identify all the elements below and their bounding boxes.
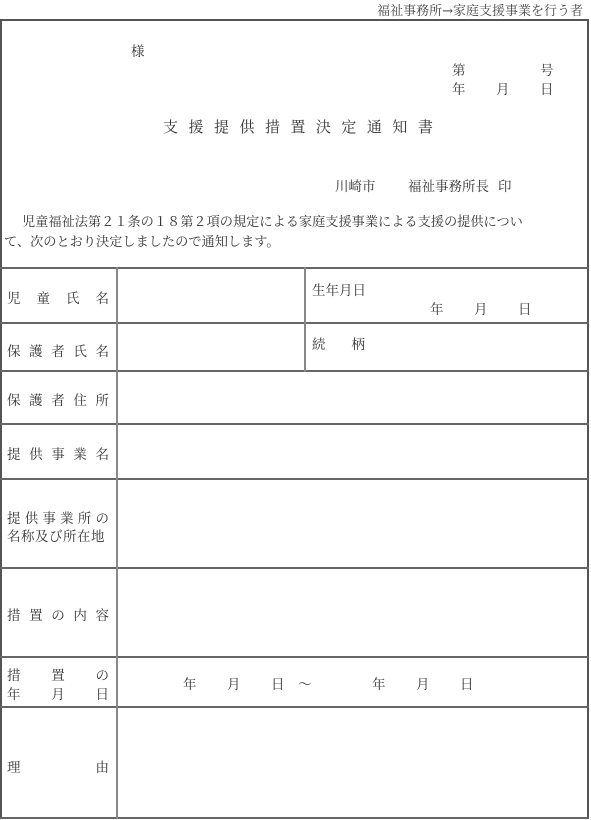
label-char: 由 <box>96 756 110 776</box>
issue-date-month: 月 <box>496 78 510 98</box>
child-name-field[interactable] <box>119 269 303 322</box>
label-char: 措 <box>7 664 21 684</box>
title-char: 知 <box>392 116 407 137</box>
label-char: 続 <box>312 337 326 353</box>
label-char: 護 <box>29 340 43 360</box>
column-divider <box>304 267 306 372</box>
period-to-day: 日 <box>460 673 474 693</box>
measure-content-field[interactable] <box>119 569 589 656</box>
addressee-suffix: 様 <box>131 40 145 60</box>
label-char: 供 <box>25 507 39 527</box>
guardian-name-label: 保 護 者 氏 名 <box>7 340 109 360</box>
title-char: 援 <box>188 116 203 137</box>
label-char: 住 <box>73 389 87 409</box>
title-char: 支 <box>163 116 178 137</box>
birth-date-month: 月 <box>474 298 488 318</box>
label-char: 者 <box>51 340 65 360</box>
column-divider <box>116 267 118 819</box>
label-char: 提 <box>7 507 21 527</box>
label-char: 業 <box>73 443 87 463</box>
title-char: 書 <box>418 116 433 137</box>
provider-business-field[interactable] <box>119 425 589 478</box>
label-char: 業 <box>60 507 74 527</box>
label-char: 所 <box>96 389 110 409</box>
period-from-day: 日 <box>271 673 285 693</box>
label-char: 氏 <box>66 287 80 307</box>
doc-number-suffix: 号 <box>540 59 554 79</box>
label-char: 事 <box>51 443 65 463</box>
period-tilde: ～ <box>298 673 312 693</box>
relationship-label: 続柄 <box>312 333 365 353</box>
title-char: 措 <box>265 116 280 137</box>
issuer-office: 福祉事務所長 <box>408 175 489 195</box>
label-char: 所 <box>78 507 92 527</box>
label-char: 名 <box>96 287 110 307</box>
title-char: 定 <box>341 116 356 137</box>
birth-date-year: 年 <box>430 298 444 318</box>
reason-label: 理 由 <box>7 756 109 776</box>
label-char: 日 <box>96 683 110 703</box>
measure-period-label-line2: 年 月 日 <box>7 683 109 703</box>
label-char: 提 <box>7 443 21 463</box>
label-char: 童 <box>37 287 51 307</box>
title-char: 通 <box>367 116 382 137</box>
period-to-month: 月 <box>416 673 430 693</box>
title-char: 置 <box>290 116 305 137</box>
label-char: 置 <box>29 604 43 624</box>
issue-date-day: 日 <box>540 78 554 98</box>
guardian-name-field[interactable] <box>119 324 303 370</box>
reason-field[interactable] <box>119 708 589 817</box>
period-from-year: 年 <box>183 673 197 693</box>
label-char: 年 <box>7 683 21 703</box>
label-char: の <box>96 664 110 684</box>
label-char: 保 <box>7 389 21 409</box>
body-text-line2: て、次のとおり決定しましたので通知します。 <box>4 231 280 250</box>
child-name-label: 児 童 氏 名 <box>7 287 109 307</box>
label-char: 月 <box>51 683 65 703</box>
row-divider <box>0 817 589 819</box>
label-char: 事 <box>42 507 56 527</box>
provider-office-label-line2: 名称及び所在地 <box>7 525 105 545</box>
label-char: 氏 <box>73 340 87 360</box>
title-char: 供 <box>239 116 254 137</box>
body-text-line1: 児童福祉法第２１条の１８第２項の規定による家庭支援事業による支援の提供につい <box>22 211 523 230</box>
label-char: 柄 <box>352 337 366 353</box>
label-char: 容 <box>96 604 110 624</box>
routing-note: 福祉事務所→家庭支援事業を行う者 <box>377 0 583 19</box>
title-char: 決 <box>316 116 331 137</box>
label-char: 護 <box>29 389 43 409</box>
measure-period-label-line1: 措 置 の <box>7 664 109 684</box>
document-title: 支 援 提 供 措 置 決 定 通 知 書 <box>163 116 433 137</box>
label-char: の <box>51 604 65 624</box>
label-char: の <box>95 507 109 527</box>
birth-date-label: 生年月日 <box>312 279 366 299</box>
provider-office-label-line1: 提 供 事 業 所 の <box>7 507 109 527</box>
label-char: 名 <box>96 443 110 463</box>
issuer-city: 川崎市 <box>335 175 376 195</box>
label-char: 供 <box>29 443 43 463</box>
label-char: 措 <box>7 604 21 624</box>
label-char: 保 <box>7 340 21 360</box>
measure-content-label: 措 置 の 内 容 <box>7 604 109 624</box>
row-divider <box>0 656 589 658</box>
label-char: 理 <box>7 756 21 776</box>
issue-date-year: 年 <box>452 78 466 98</box>
label-char: 児 <box>7 287 21 307</box>
label-char: 名 <box>96 340 110 360</box>
period-from-month: 月 <box>227 673 241 693</box>
provider-office-field[interactable] <box>119 480 589 567</box>
label-char: 内 <box>73 604 87 624</box>
label-char: 置 <box>51 664 65 684</box>
label-char: 者 <box>51 389 65 409</box>
birth-date-day: 日 <box>518 298 532 318</box>
guardian-address-label: 保 護 者 住 所 <box>7 389 109 409</box>
issuer-seal: 印 <box>498 175 512 195</box>
provider-business-label: 提 供 事 業 名 <box>7 443 109 463</box>
title-char: 提 <box>214 116 229 137</box>
guardian-address-field[interactable] <box>119 372 589 423</box>
doc-number-prefix: 第 <box>452 59 466 79</box>
period-to-year: 年 <box>372 673 386 693</box>
